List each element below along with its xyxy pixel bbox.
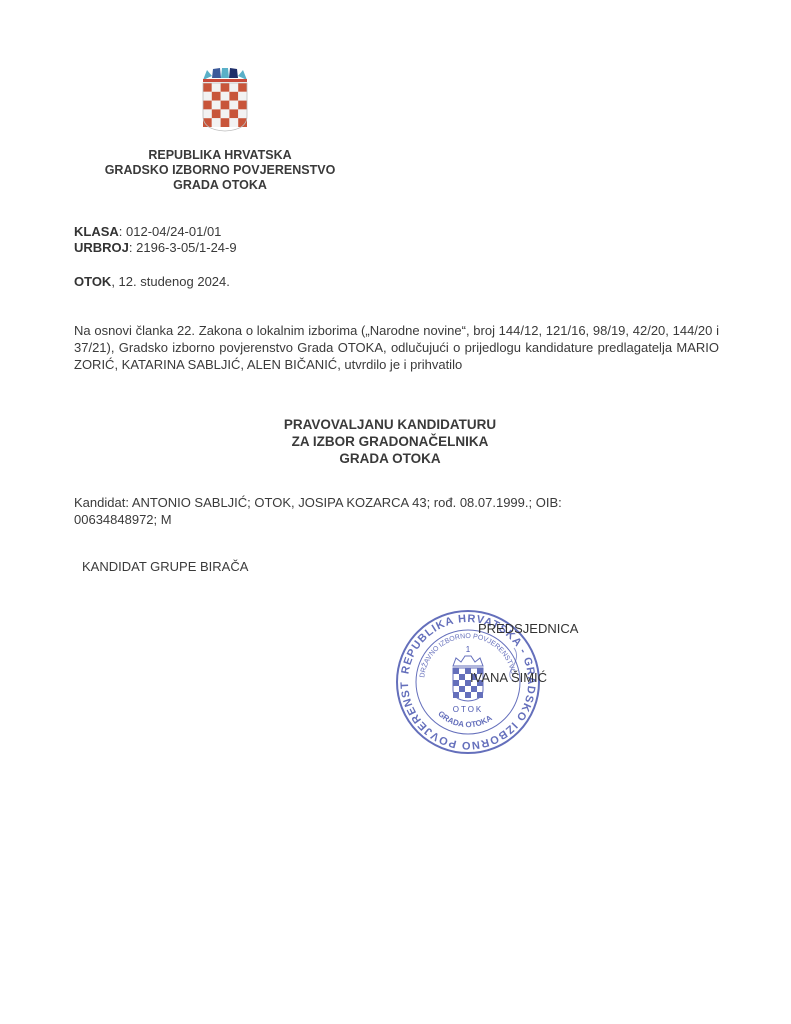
svg-text:OTOK: OTOK [453,705,484,714]
date-value: , 12. studenog 2024. [111,274,230,289]
title-line-3: GRADA OTOKA [190,450,590,467]
header-city: GRADA OTOKA [80,178,360,193]
header-country: REPUBLIKA HRVATSKA [80,148,360,163]
urbroj-label: URBROJ [74,240,129,255]
signer-name: IVANA ŠIMIĆ [470,670,547,685]
title-line-2: ZA IZBOR GRADONAČELNIKA [190,433,590,450]
klasa-label: KLASA [74,224,119,239]
urbroj-line: URBROJ: 2196-3-05/1-24-9 [74,240,237,256]
decision-title: PRAVOVALJANU KANDIDATURU ZA IZBOR GRADON… [190,416,590,467]
candidate-group-type: KANDIDAT GRUPE BIRAČA [82,559,248,574]
place-label: OTOK [74,274,111,289]
klasa-line: KLASA: 012-04/24-01/01 [74,224,221,240]
svg-text:1: 1 [466,645,471,654]
signer-role: PREDSJEDNICA [478,621,578,636]
header-body: GRADSKO IZBORNO POVJERENSTVO [80,163,360,178]
urbroj-value: : 2196-3-05/1-24-9 [129,240,237,255]
candidate-details: Kandidat: ANTONIO SABLJIĆ; OTOK, JOSIPA … [74,494,634,528]
issuer-header: REPUBLIKA HRVATSKA GRADSKO IZBORNO POVJE… [80,148,360,193]
coat-of-arms-icon [200,66,250,132]
place-date-line: OTOK, 12. studenog 2024. [74,274,230,290]
klasa-value: : 012-04/24-01/01 [119,224,222,239]
legal-basis-paragraph: Na osnovi članka 22. Zakona o lokalnim i… [74,322,719,373]
title-line-1: PRAVOVALJANU KANDIDATURU [190,416,590,433]
